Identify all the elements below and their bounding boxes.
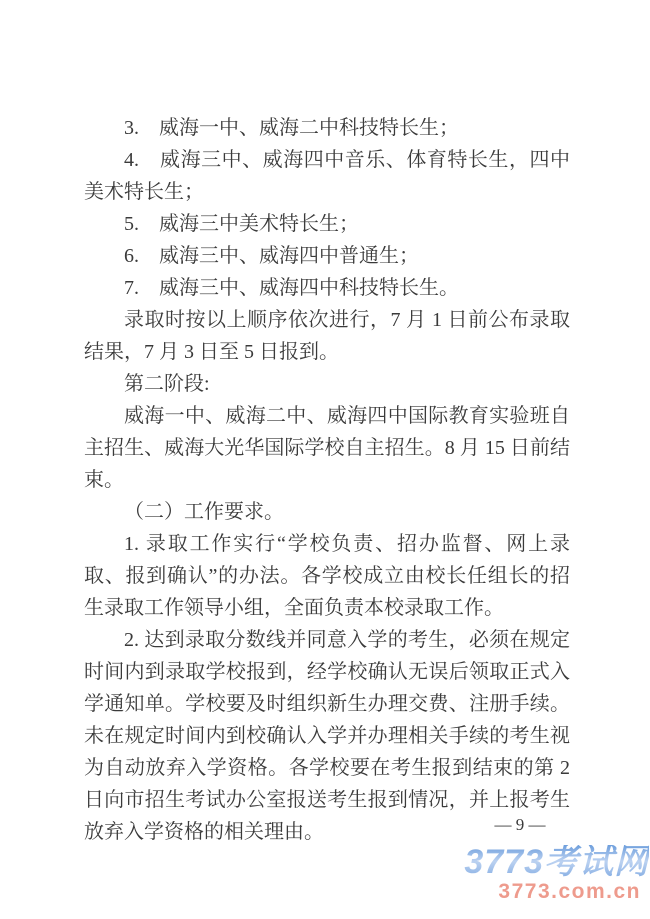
paragraph-stage-two-heading: 第二阶段: (84, 368, 570, 400)
watermark-site-url: 3773.com.cn (464, 881, 641, 902)
document-page: 3. 威海一中、威海二中科技特长生； 4. 威海三中、威海四中音乐、体育特长生，… (0, 0, 650, 919)
paragraph-requirement-1: 1. 录取工作实行“学校负责、招办监督、网上录取、报到确认”的办法。各学校成立由… (84, 528, 570, 624)
list-item-4: 4. 威海三中、威海四中音乐、体育特长生，四中美术特长生； (84, 144, 570, 208)
paragraph-admission-order: 录取时按以上顺序依次进行，7 月 1 日前公布录取结果，7 月 3 日至 5 日… (84, 304, 570, 368)
watermark-site-name: 3773考试网 (464, 845, 649, 879)
page-number: — 9 — (0, 815, 650, 835)
list-item-3: 3. 威海一中、威海二中科技特长生； (84, 112, 570, 144)
list-item-6: 6. 威海三中、威海四中普通生； (84, 240, 570, 272)
list-item-5: 5. 威海三中美术特长生； (84, 208, 570, 240)
paragraph-stage-two-detail: 威海一中、威海二中、威海四中国际教育实验班自主招生、威海大光华国际学校自主招生。… (84, 400, 570, 496)
document-body: 3. 威海一中、威海二中科技特长生； 4. 威海三中、威海四中音乐、体育特长生，… (84, 112, 570, 848)
watermark: 3773考试网 3773.com.cn (464, 845, 649, 902)
paragraph-work-requirements-heading: （二）工作要求。 (84, 496, 570, 528)
list-item-7: 7. 威海三中、威海四中科技特长生。 (84, 272, 570, 304)
